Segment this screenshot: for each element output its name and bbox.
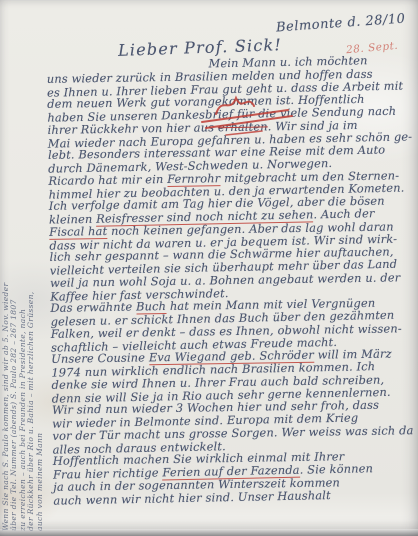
letter-body: Mein Mann u. ich möchtenuns wieder zurüc… (47, 54, 418, 506)
scanned-letter: Belmonte d. 28/10 28. Sept. Lieber Prof.… (0, 0, 418, 536)
margin-note: auch von meinem Mann (36, 13, 44, 531)
page-bottom-edge (0, 529, 418, 536)
margin-notes: Wenn Sie nach S. Paulo kommen, sind wir … (2, 13, 44, 531)
